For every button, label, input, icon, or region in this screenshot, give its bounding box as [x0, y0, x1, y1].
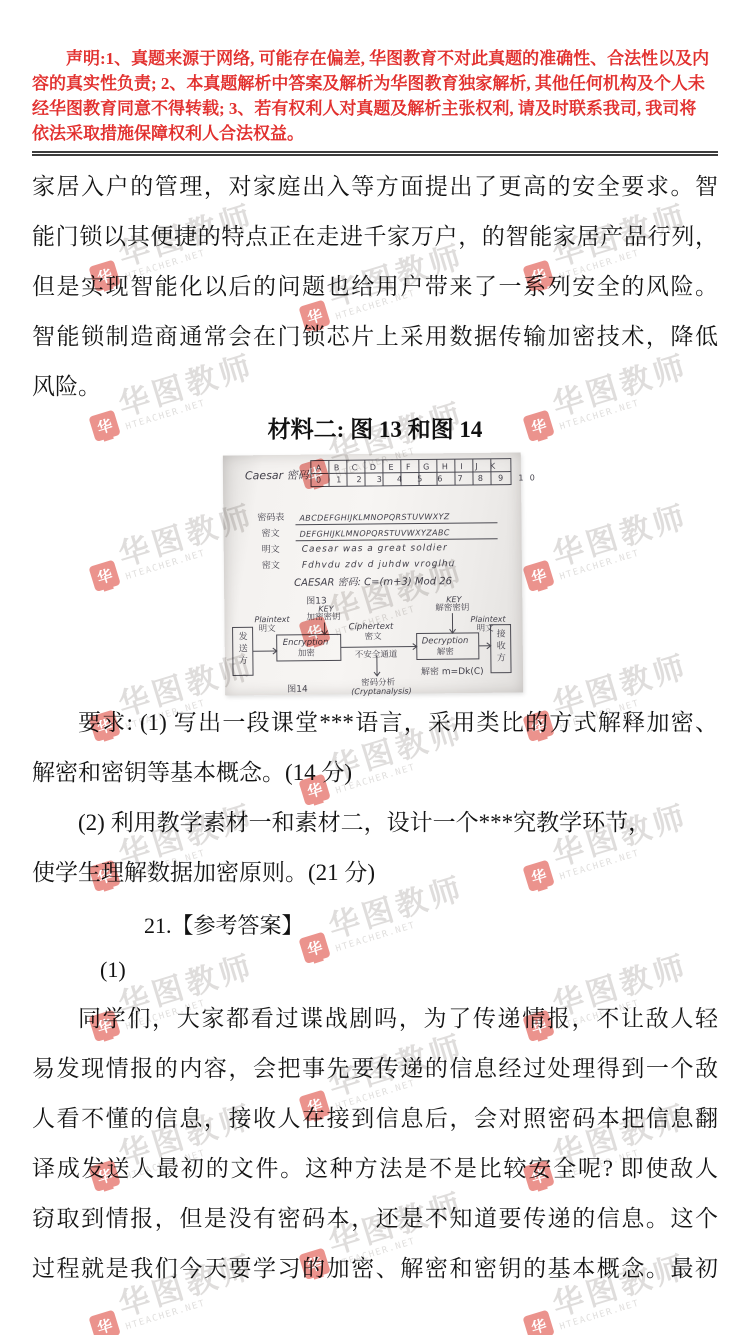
- paragraph-requirement-1: 要求: (1) 写出一段课堂***语言，采用类比的方式解释加密、 解密和密钥等基…: [32, 698, 718, 798]
- photo-decrypt-formula: 解密 m=Dk(C): [421, 667, 484, 678]
- photo-row-label: 密文: [262, 529, 280, 539]
- photo-caesar-label: Caesar 密码: [245, 471, 309, 482]
- answer-subsection-label: (1): [100, 948, 718, 992]
- photo-ciphertext-cn: 密文: [365, 632, 382, 642]
- disclaimer-line: 依法采取措施保障权利人合法权益。: [32, 121, 718, 146]
- body-line: 家居入户的管理，对家庭出入等方面提出了更高的安全要求。智: [32, 162, 718, 212]
- photo-sender-box-label: 发送方: [237, 631, 247, 667]
- photo-ciphertext: Ciphertext: [349, 622, 394, 632]
- body-line: 但是实现智能化以后的问题也给用户带来了一系列安全的风险。: [32, 262, 718, 312]
- photo-row-value: Caesar was a great soldier: [302, 543, 448, 555]
- photo-decryption: Decryption: [422, 636, 469, 646]
- photo-table-letters: ABCDEFGHIJK: [316, 462, 511, 474]
- paragraph-answer: 同学们，大家都看过谍战剧吗，为了传递情报，不让敌人轻 易发现情报的内容，会把事先…: [32, 994, 718, 1294]
- photo-decryption-cn: 解密: [437, 647, 454, 657]
- photo-receiver-box-label: 接收方: [495, 629, 505, 665]
- disclaimer-block: 声明:1、真题来源于网络, 可能存在偏差, 华图教育不对此真题的准确性、合法性以…: [32, 46, 718, 156]
- material-photo: Caesar 密码 ABCDEFGHIJK 0 1 2 3 4 5 6 7 8 …: [223, 452, 523, 695]
- paragraph-smart-lock: 家居入户的管理，对家庭出入等方面提出了更高的安全要求。智 能门锁以其便捷的特点正…: [32, 162, 718, 412]
- photo-formula: CAESAR 密码: C=(m+3) Mod 26: [294, 577, 452, 589]
- disclaimer-line: 经华图教育同意不得转载; 3、若有权利人对真题及解析主张权利, 请及时联系我司,…: [32, 96, 718, 121]
- huatu-logo-icon: 华: [88, 1310, 120, 1335]
- photo-plaintext1-cn: 明文: [259, 624, 276, 634]
- body-line: (2) 利用教学素材一和素材二，设计一个***究教学环节，: [32, 798, 718, 848]
- body-line: 要求: (1) 写出一段课堂***语言，采用类比的方式解释加密、: [32, 698, 718, 748]
- photo-plaintext2-cn: 明文: [477, 624, 494, 634]
- photo-encryption-cn: 加密: [298, 649, 315, 659]
- disclaimer-line: 声明:1、真题来源于网络, 可能存在偏差, 华图教育不对此真题的准确性、合法性以…: [32, 46, 718, 71]
- body-line: 同学们，大家都看过谍战剧吗，为了传递情报，不让敌人轻: [32, 994, 718, 1044]
- disclaimer-line: 容的真实性负责; 2、本真题解析中答案及解析为华图教育独家解析, 其他任何机构及…: [32, 71, 718, 96]
- photo-analysis-en: (Cryptanalysis): [351, 687, 412, 698]
- photo-channel-label: 不安全通道: [355, 650, 398, 660]
- photo-key2-label: 解密密钥: [435, 603, 469, 613]
- body-line: 使学生理解数据加密原则。(21 分): [32, 848, 718, 898]
- photo-row-value: DEFGHIJKLMNOPQRSTUVWXYZABC: [300, 528, 450, 540]
- answer-heading: 21.【参考答案】: [144, 904, 718, 948]
- huatu-logo-icon: 华: [522, 1310, 554, 1335]
- photo-row-label: 密码表: [257, 513, 284, 523]
- document-content: 声明:1、真题来源于网络, 可能存在偏差, 华图教育不对此真题的准确性、合法性以…: [0, 0, 748, 1294]
- disclaimer-text: 1、真题来源于网络, 可能存在偏差, 华图教育不对此真题的准确性、合法性以及内: [106, 49, 710, 68]
- photo-row-label: 密文: [262, 561, 280, 571]
- photo-row-value: Fdhvdu zdv d juhdw vroglhu: [302, 559, 456, 571]
- body-line: 窃取到情报，但是没有密码本，还是不知道要传递的信息。这个: [32, 1194, 718, 1244]
- body-line: 人看不懂的信息，接收人在接到信息后，会对照密码本把信息翻: [32, 1094, 718, 1144]
- paragraph-requirement-2: (2) 利用教学素材一和素材二，设计一个***究教学环节， 使学生理解数据加密原…: [32, 798, 718, 898]
- photo-encryption: Encryption: [283, 637, 329, 647]
- photo-row-value: ABCDEFGHIJKLMNOPQRSTUVWXYZ: [299, 512, 449, 524]
- body-line: 智能锁制造商通常会在门锁芯片上采用数据传输加密技术，降低: [32, 312, 718, 362]
- body-line: 能门锁以其便捷的特点正在走进千家万户，的智能家居产品行列，: [32, 212, 718, 262]
- photo-key1-label: 加密密钥: [306, 612, 340, 622]
- disclaimer-label: 声明:: [66, 49, 106, 68]
- document-page: 声明:1、真题来源于网络, 可能存在偏差, 华图教育不对此真题的准确性、合法性以…: [0, 0, 748, 1335]
- body-line: 过程就是我们今天要学习的加密、解密和密钥的基本概念。最初: [32, 1244, 718, 1294]
- photo-row-label: 明文: [262, 545, 280, 555]
- body-line: 风险。: [32, 362, 718, 412]
- body-line: 译成发送人最初的文件。这种方法是不是比较安全呢? 即使敌人: [32, 1144, 718, 1194]
- photo-fig14-label: 图14: [287, 685, 308, 695]
- material-heading: 材料二: 图 13 和图 14: [32, 412, 718, 448]
- body-line: 易发现情报的内容，会把事先要传递的信息经过处理得到一个敌: [32, 1044, 718, 1094]
- body-line: 解密和密钥等基本概念。(14 分): [32, 748, 718, 798]
